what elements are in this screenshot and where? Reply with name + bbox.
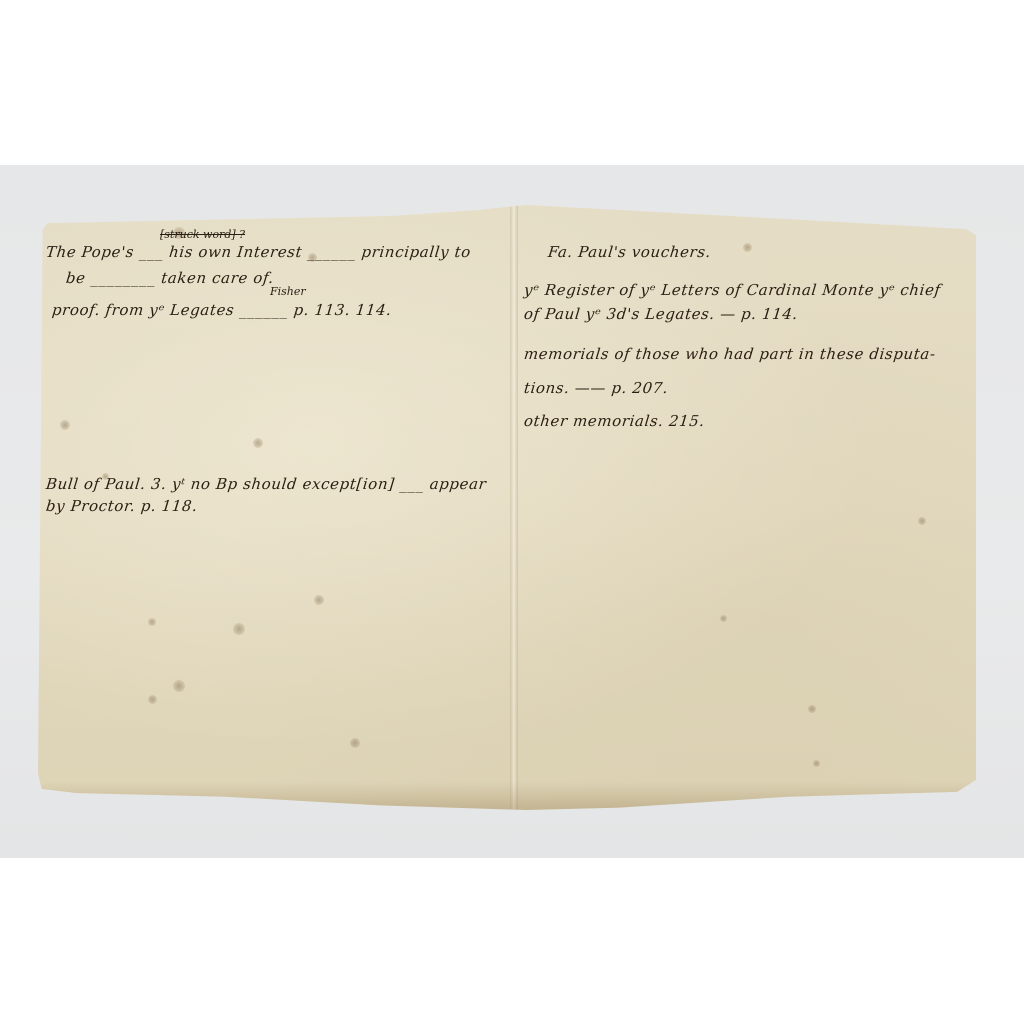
foxing-spot xyxy=(314,595,324,605)
right-line-5: tions. —— p. 207. xyxy=(523,379,669,397)
left-line-4: Bull of Paul. 3. yᵗ no Bp should except[… xyxy=(45,475,487,493)
manuscript-sheet: [struck word] ? The Pope's ___ his own I… xyxy=(38,205,976,810)
foxing-spot xyxy=(743,243,752,252)
left-line-5: by Proctor. p. 118. xyxy=(45,497,198,515)
right-line-6: other memorials. 215. xyxy=(523,412,706,430)
foxing-spot xyxy=(253,438,263,448)
foxing-spot xyxy=(808,705,816,713)
center-fold xyxy=(510,205,518,810)
foxing-spot xyxy=(813,760,820,767)
right-line-2: yᵉ Register of yᵉ Letters of Cardinal Mo… xyxy=(523,281,942,299)
foxing-spot xyxy=(60,420,70,430)
left-line-3: proof. from yᵉ Legates ______ p. 113. 11… xyxy=(51,301,393,319)
foxing-spot xyxy=(720,615,727,622)
right-line-1: Fa. Paul's vouchers. xyxy=(547,243,712,261)
foxing-spot xyxy=(233,623,245,635)
left-line-1: The Pope's ___ his own Interest ______ p… xyxy=(45,243,472,261)
foxing-spot xyxy=(148,618,156,626)
foxing-spot xyxy=(918,517,926,525)
insertion-above: Fisher xyxy=(270,285,306,298)
foxing-spot xyxy=(148,695,157,704)
left-line-2: be ________ taken care of. xyxy=(65,269,275,287)
right-line-4: memorials of those who had part in these… xyxy=(523,345,937,363)
insertion-above: [struck word] ? xyxy=(160,228,245,241)
foxing-spot xyxy=(173,680,185,692)
foxing-spot xyxy=(350,738,360,748)
right-line-3: of Paul yᵉ 3d's Legates. — p. 114. xyxy=(523,305,799,323)
